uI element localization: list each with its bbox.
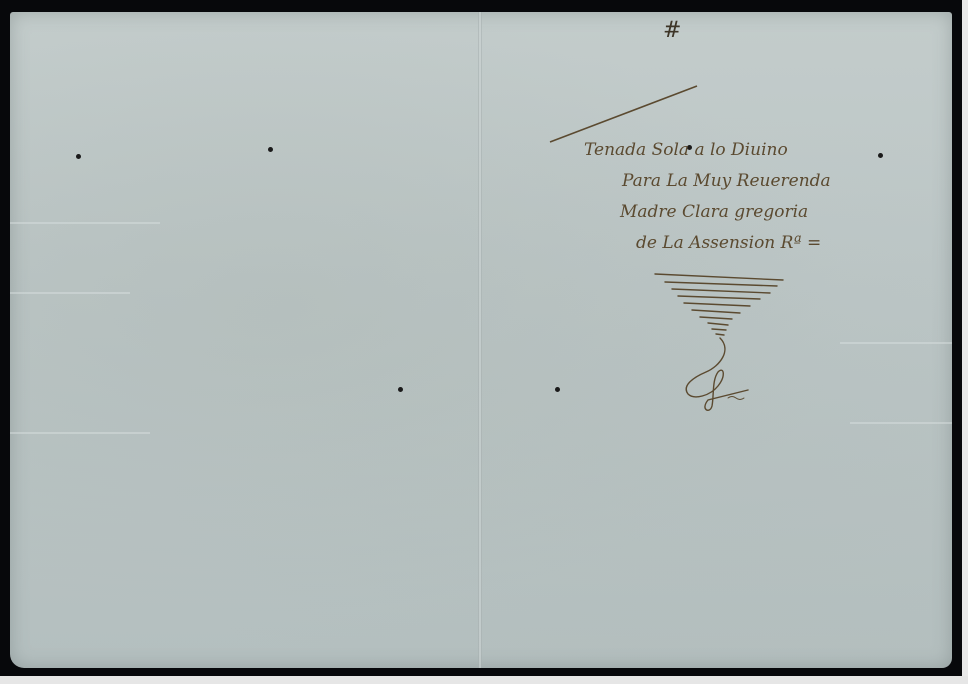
inscription-line-4: de La Assension Rª = — [560, 228, 890, 259]
dedication-inscription: Tenada Sola a lo Diuino Para La Muy Reue… — [560, 135, 890, 259]
pen-stroke-icon — [0, 0, 968, 684]
rubric-flourish-icon — [640, 268, 800, 418]
inscription-line-3: Madre Clara gregoria — [560, 197, 890, 228]
inscription-line-2: Para La Muy Reuerenda — [560, 166, 890, 197]
inscription-line-1: Tenada Sola a lo Diuino — [560, 135, 890, 166]
